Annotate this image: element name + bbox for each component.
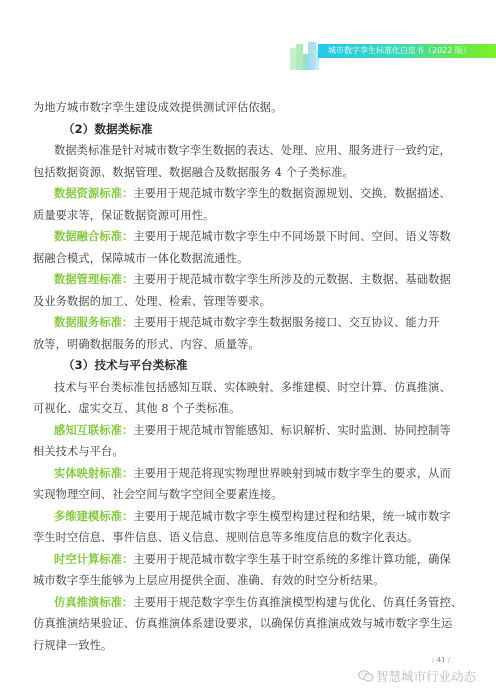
paragraph-line: 数据类标准是针对城市数字孪生数据的表达、处理、应用、服务进行一致约定， — [33, 140, 463, 162]
standard-description: 主要用于规范城市数字孪生中不同场景下时间、空间、语义等数 — [133, 230, 450, 243]
standard-definition-line: 数据服务标准：主要用于规范城市数字孪生数据服务接口、交互协议、能力开 — [33, 312, 463, 334]
standard-definition-line: 数据资源标准：主要用于规范城市数字孪生的数据资源规划、交换、数据描述、 — [33, 183, 463, 205]
standard-keyword: 多维建模标准： — [54, 510, 133, 523]
watermark-text: 智慧城市行业动态 — [376, 669, 476, 684]
standard-description: 主要用于规范城市数字孪生模型构建过程和结果，统一城市数字 — [133, 510, 450, 523]
standard-description: 主要用于规范将现实物理世界映射到城市数字孪生的要求，从而 — [133, 467, 450, 480]
paragraph-line: 可视化、虚实交互、其他 8 个子类标准。 — [33, 398, 463, 420]
standard-definition-line: 仿真推演标准：主要用于规范数字孪生仿真推演模型构建与优化、仿真任务管控、 — [33, 592, 463, 614]
paragraph-line: 实现物理空间、社会空间与数字空间全要素连接。 — [33, 484, 463, 506]
page-number: / 41 / — [432, 656, 450, 664]
standard-definition-line: 感知互联标准：主要用于规范城市智能感知、标识解析、实时监测、协同控制等 — [33, 420, 463, 442]
standard-keyword: 实体映射标准： — [54, 467, 133, 480]
paragraph-line: 放等，明确数据服务的形式、内容、质量等。 — [33, 334, 463, 356]
standard-definition-line: 多维建模标准：主要用于规范城市数字孪生模型构建过程和结果，统一城市数字 — [33, 506, 463, 528]
standard-keyword: 仿真推演标准： — [54, 596, 133, 609]
standard-keyword: 感知互联标准： — [54, 424, 133, 437]
standard-description: 主要用于规范城市智能感知、标识解析、实时监测、协同控制等 — [133, 424, 450, 437]
paragraph-line: 据融合模式，保障城市一体化数据流通性。 — [33, 248, 463, 270]
standard-keyword: 时空计算标准： — [54, 553, 133, 566]
paragraph-line: 技术与平台类标准包括感知互联、实体映射、多维建模、时空计算、仿真推演、 — [33, 377, 463, 399]
paragraph-line: 城市数字孪生能够为上层应用提供全面、准确、有效的时空分析结果。 — [33, 570, 463, 592]
paragraph-line: 质量要求等，保证数据资源可用性。 — [33, 205, 463, 227]
standard-keyword: 数据融合标准： — [54, 230, 133, 243]
paragraph-line: 仿真推演结果验证、仿真推演体系建设要求，以确保仿真推演成效与城市数字孪生运 — [33, 613, 463, 635]
standard-description: 主要用于规范城市数字孪生所涉及的元数据、主数据、基础数据 — [133, 273, 450, 286]
standard-definition-line: 数据融合标准：主要用于规范城市数字孪生中不同场景下时间、空间、语义等数 — [33, 226, 463, 248]
paragraph-line: 及业务数据的加工、处理、检索、管理等要求。 — [33, 291, 463, 313]
paragraph-line: 行规律一致性。 — [33, 635, 463, 657]
section-heading: （3）技术与平台类标准 — [33, 355, 463, 377]
page-number-value: 41 — [437, 656, 446, 664]
standard-description: 主要用于规范数字孪生仿真推演模型构建与优化、仿真任务管控、 — [133, 596, 462, 609]
standard-keyword: 数据管理标准： — [54, 273, 133, 286]
city-buildings-icon — [288, 38, 322, 72]
watermark: 智慧城市行业动态 — [358, 667, 476, 685]
paragraph-line: 相关技术与平台。 — [33, 441, 463, 463]
standard-description: 主要用于规范城市数字孪生的数据资源规划、交换、数据描述、 — [133, 187, 450, 200]
standard-definition-line: 实体映射标准：主要用于规范将现实物理世界映射到城市数字孪生的要求，从而 — [33, 463, 463, 485]
header-title-bar: 城市数字孪生标准化白皮书（2022 版） — [318, 44, 496, 58]
standard-keyword: 数据服务标准： — [54, 316, 133, 329]
standard-keyword: 数据资源标准： — [54, 187, 133, 200]
wechat-icon — [358, 670, 374, 682]
paragraph-line: 为地方城市数字孪生建设成效提供测试评估依据。 — [33, 97, 463, 119]
document-body: 为地方城市数字孪生建设成效提供测试评估依据。（2）数据类标准数据类标准是针对城市… — [33, 97, 463, 656]
section-heading: （2）数据类标准 — [33, 119, 463, 141]
standard-description: 主要用于规范城市数字孪生数据服务接口、交互协议、能力开 — [133, 316, 439, 329]
standard-definition-line: 数据管理标准：主要用于规范城市数字孪生所涉及的元数据、主数据、基础数据 — [33, 269, 463, 291]
paragraph-line: 包括数据资源、数据管理、数据融合及数据服务 4 个子类标准。 — [33, 162, 463, 184]
standard-description: 主要用于规范城市数字孪生基于时空系统的多维计算功能，确保 — [133, 553, 450, 566]
paragraph-line: 孪生时空信息、事件信息、语义信息、规则信息等多维度信息的数字化表达。 — [33, 527, 463, 549]
standard-definition-line: 时空计算标准：主要用于规范城市数字孪生基于时空系统的多维计算功能，确保 — [33, 549, 463, 571]
page-header: 城市数字孪生标准化白皮书（2022 版） — [0, 0, 496, 80]
